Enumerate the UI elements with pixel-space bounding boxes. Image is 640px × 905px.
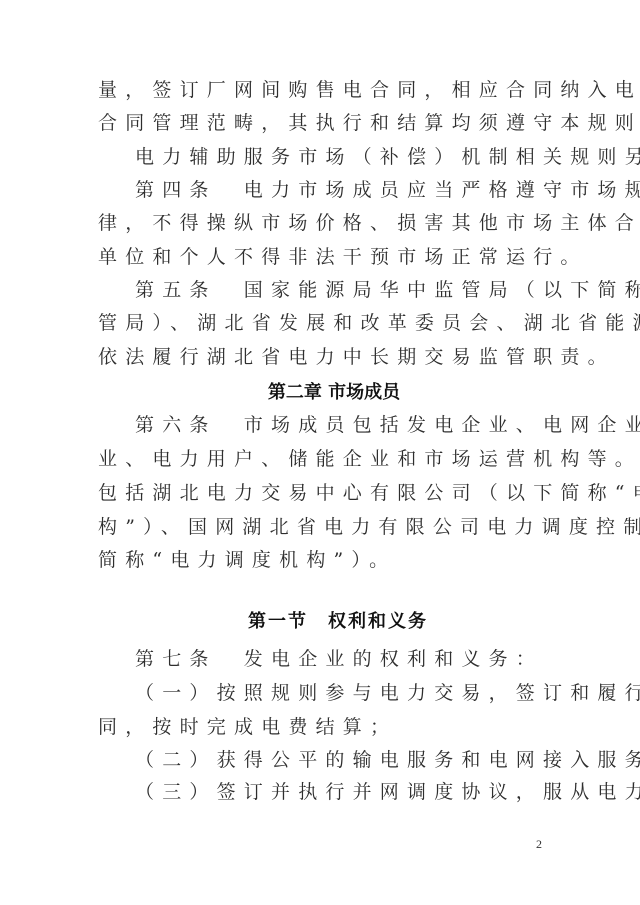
- text-line: 包括湖北电力交易中心有限公司（以下简称“电力交易机: [98, 481, 558, 505]
- list-item: （三）签订并执行并网调度协议，服从电力调度机构的: [135, 780, 595, 804]
- text-line: 业、电力用户、储能企业和市场运营机构等。市场运营机构: [98, 447, 558, 471]
- text-line: 律，不得操纵市场价格、损害其他市场主体合法权益。任何: [98, 211, 558, 235]
- article-5-line: 第五条 国家能源局华中监管局（以下简称华中能源监: [135, 278, 595, 302]
- text-line: 依法履行湖北省电力中长期交易监管职责。: [98, 345, 558, 369]
- article-4-line: 第四条 电力市场成员应当严格遵守市场规则，自觉自: [135, 178, 595, 202]
- list-item: （二）获得公平的输电服务和电网接入服务；: [135, 748, 595, 772]
- section-heading: 第一节 权利和义务: [18, 610, 640, 634]
- text-line: 合同管理范畴，其执行和结算均须遵守本规则。: [98, 111, 558, 135]
- article-7-line: 第七条 发电企业的权利和义务：: [135, 647, 595, 671]
- text-line: 构”）、国网湖北省电力有限公司电力调度控制中心（以下: [98, 515, 558, 539]
- text-line: 管局）、湖北省发展和改革委员会、湖北省能源局根据职能: [98, 311, 558, 335]
- text-line: 单位和个人不得非法干预市场正常运行。: [98, 245, 558, 269]
- list-item: （一）按照规则参与电力交易，签订和履行各类交易合: [135, 681, 595, 705]
- text-line: 量，签订厂网间购售电合同，相应合同纳入电力中长期交易: [98, 78, 558, 102]
- text-line: 同，按时完成电费结算；: [98, 715, 558, 739]
- document-page: 量，签订厂网间购售电合同，相应合同纳入电力中长期交易 合同管理范畴，其执行和结算…: [0, 0, 640, 905]
- text-line: 电力辅助服务市场（补偿）机制相关规则另行制定。: [135, 145, 595, 169]
- page-number: 2: [536, 837, 542, 852]
- chapter-heading: 第二章 市场成员: [14, 381, 640, 405]
- text-line: 简称“电力调度机构”）。: [98, 548, 558, 572]
- article-6-line: 第六条 市场成员包括发电企业、电网企业、配售电企: [135, 413, 595, 437]
